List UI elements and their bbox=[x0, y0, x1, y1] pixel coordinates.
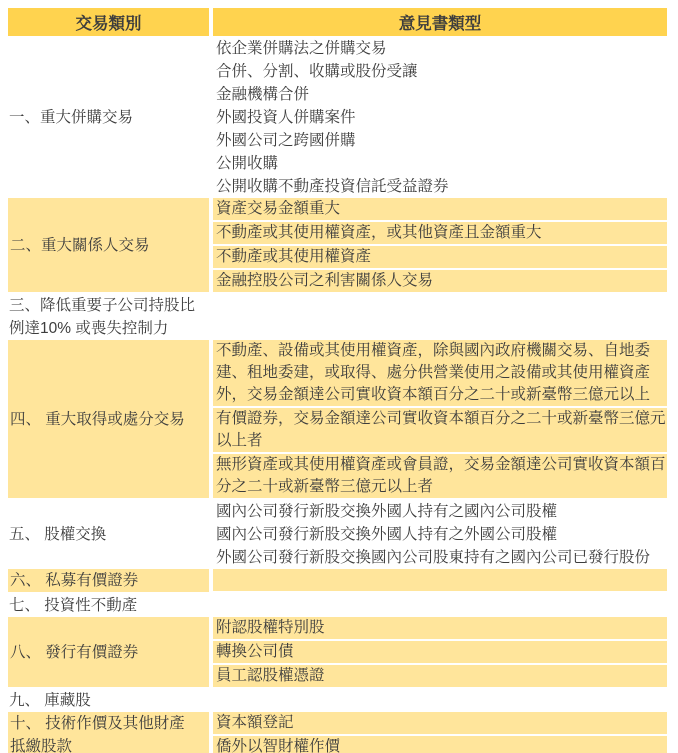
category-cell: 二、重大關係人交易 bbox=[8, 198, 209, 292]
category-label: 四、 重大取得或處分交易 bbox=[10, 408, 185, 431]
category-cell: 一、重大併購交易 bbox=[8, 37, 209, 198]
opinion-item: 公開收購不動產投資信託受益證券 bbox=[213, 175, 667, 198]
category-label: 八、 發行有價證券 bbox=[10, 641, 138, 664]
opinion-item: 轉換公司債 bbox=[213, 641, 667, 663]
opinion-item: 無形資產或其使用權資產或會員證，交易金額達公司實收資本額百分之二十或新臺幣三億元… bbox=[213, 454, 667, 498]
opinion-item: 附認股權特別股 bbox=[213, 617, 667, 639]
opinion-item: 國內公司發行新股交換外國人持有之外國公司股權 bbox=[213, 523, 667, 546]
opinion-items: 資本額登記 僑外以智財權作價 bbox=[213, 712, 667, 753]
opinion-items: 國內公司發行新股交換外國人持有之國內公司股權 國內公司發行新股交換外國人持有之外… bbox=[213, 500, 667, 569]
category-label: 一、重大併購交易 bbox=[9, 106, 133, 129]
table-row: 九、 庫藏股 bbox=[8, 689, 667, 712]
category-cell: 三、降低重要子公司持股比 例達10% 或喪失控制力 bbox=[8, 294, 209, 340]
category-cell: 九、 庫藏股 bbox=[8, 689, 209, 712]
opinion-item: 金融機構合併 bbox=[213, 83, 667, 106]
category-cell: 七、 投資性不動產 bbox=[8, 594, 209, 617]
category-cell: 五、 股權交換 bbox=[8, 500, 209, 569]
opinion-item: 國內公司發行新股交換外國人持有之國內公司股權 bbox=[213, 500, 667, 523]
table-row: 五、 股權交換 國內公司發行新股交換外國人持有之國內公司股權 國內公司發行新股交… bbox=[8, 500, 667, 569]
opinion-items: 資產交易金額重大 不動產或其使用權資產，或其他資產且金額重大 不動產或其使用權資… bbox=[213, 198, 667, 292]
opinion-item: 外國投資人併購案件 bbox=[213, 106, 667, 129]
table-row: 三、降低重要子公司持股比 例達10% 或喪失控制力 bbox=[8, 294, 667, 340]
table-row: 六、 私募有價證券 bbox=[8, 569, 667, 594]
category-label: 三、降低重要子公司持股比 例達10% 或喪失控制力 bbox=[9, 294, 195, 340]
table-row: 一、重大併購交易 依企業併購法之併購交易 合併、分割、收購或股份受讓 金融機構合… bbox=[8, 37, 667, 198]
opinion-items bbox=[213, 594, 667, 617]
table-row: 八、 發行有價證券 附認股權特別股 轉換公司債 員工認股權憑證 bbox=[8, 617, 667, 689]
category-label: 二、重大關係人交易 bbox=[10, 234, 150, 257]
category-cell: 八、 發行有價證券 bbox=[8, 617, 209, 687]
opinion-item: 不動產或其使用權資產 bbox=[213, 246, 667, 268]
category-label: 五、 股權交換 bbox=[9, 523, 106, 546]
table-row: 四、 重大取得或處分交易 不動產、設備或其使用權資產，除與國內政府機關交易、自地… bbox=[8, 340, 667, 500]
category-cell: 四、 重大取得或處分交易 bbox=[8, 340, 209, 498]
opinion-item: 公開收購 bbox=[213, 152, 667, 175]
opinion-items bbox=[213, 569, 667, 592]
table-row: 七、 投資性不動產 bbox=[8, 594, 667, 617]
opinion-item: 合併、分割、收購或股份受讓 bbox=[213, 60, 667, 83]
table-row: 二、重大關係人交易 資產交易金額重大 不動產或其使用權資產，或其他資產且金額重大… bbox=[8, 198, 667, 294]
table-row: 十、 技術作價及其他財產 抵繳股款 資本額登記 僑外以智財權作價 bbox=[8, 712, 667, 753]
opinion-item: 外國公司發行新股交換國內公司股東持有之國內公司已發行股份 bbox=[213, 546, 667, 569]
opinion-items: 不動產、設備或其使用權資產，除與國內政府機關交易、自地委建、租地委建，或取得、處… bbox=[213, 340, 667, 498]
category-label: 六、 私募有價證券 bbox=[10, 569, 138, 592]
opinion-items bbox=[213, 294, 667, 340]
opinion-item: 員工認股權憑證 bbox=[213, 665, 667, 687]
opinion-type-table: 交易類別 意見書類型 一、重大併購交易 依企業併購法之併購交易 合併、分割、收購… bbox=[0, 0, 678, 753]
header-cell-opinion-type: 意見書類型 bbox=[213, 8, 667, 36]
opinion-item: 外國公司之跨國併購 bbox=[213, 129, 667, 152]
opinion-item: 依企業併購法之併購交易 bbox=[213, 37, 667, 60]
category-cell: 十、 技術作價及其他財產 抵繳股款 bbox=[8, 712, 209, 753]
category-label: 九、 庫藏股 bbox=[9, 689, 91, 712]
opinion-item: 金融控股公司之利害關係人交易 bbox=[213, 270, 667, 292]
category-label: 七、 投資性不動產 bbox=[9, 594, 137, 617]
category-cell: 六、 私募有價證券 bbox=[8, 569, 209, 592]
opinion-item-empty bbox=[213, 569, 667, 591]
opinion-items: 依企業併購法之併購交易 合併、分割、收購或股份受讓 金融機構合併 外國投資人併購… bbox=[213, 37, 667, 198]
header-cell-transaction-category: 交易類別 bbox=[8, 8, 209, 36]
opinion-item: 有價證券，交易金額達公司實收資本額百分之二十或新臺幣三億元以上者 bbox=[213, 408, 667, 452]
opinion-item: 不動產、設備或其使用權資產，除與國內政府機關交易、自地委建、租地委建，或取得、處… bbox=[213, 340, 667, 406]
opinion-item: 僑外以智財權作價 bbox=[213, 736, 667, 753]
opinion-items bbox=[213, 689, 667, 712]
opinion-item: 資本額登記 bbox=[213, 712, 667, 734]
header-row: 交易類別 意見書類型 bbox=[8, 8, 667, 36]
category-label: 十、 技術作價及其他財產 抵繳股款 bbox=[10, 712, 185, 753]
opinion-items: 附認股權特別股 轉換公司債 員工認股權憑證 bbox=[213, 617, 667, 687]
opinion-item: 不動產或其使用權資產，或其他資產且金額重大 bbox=[213, 222, 667, 244]
opinion-item: 資產交易金額重大 bbox=[213, 198, 667, 220]
